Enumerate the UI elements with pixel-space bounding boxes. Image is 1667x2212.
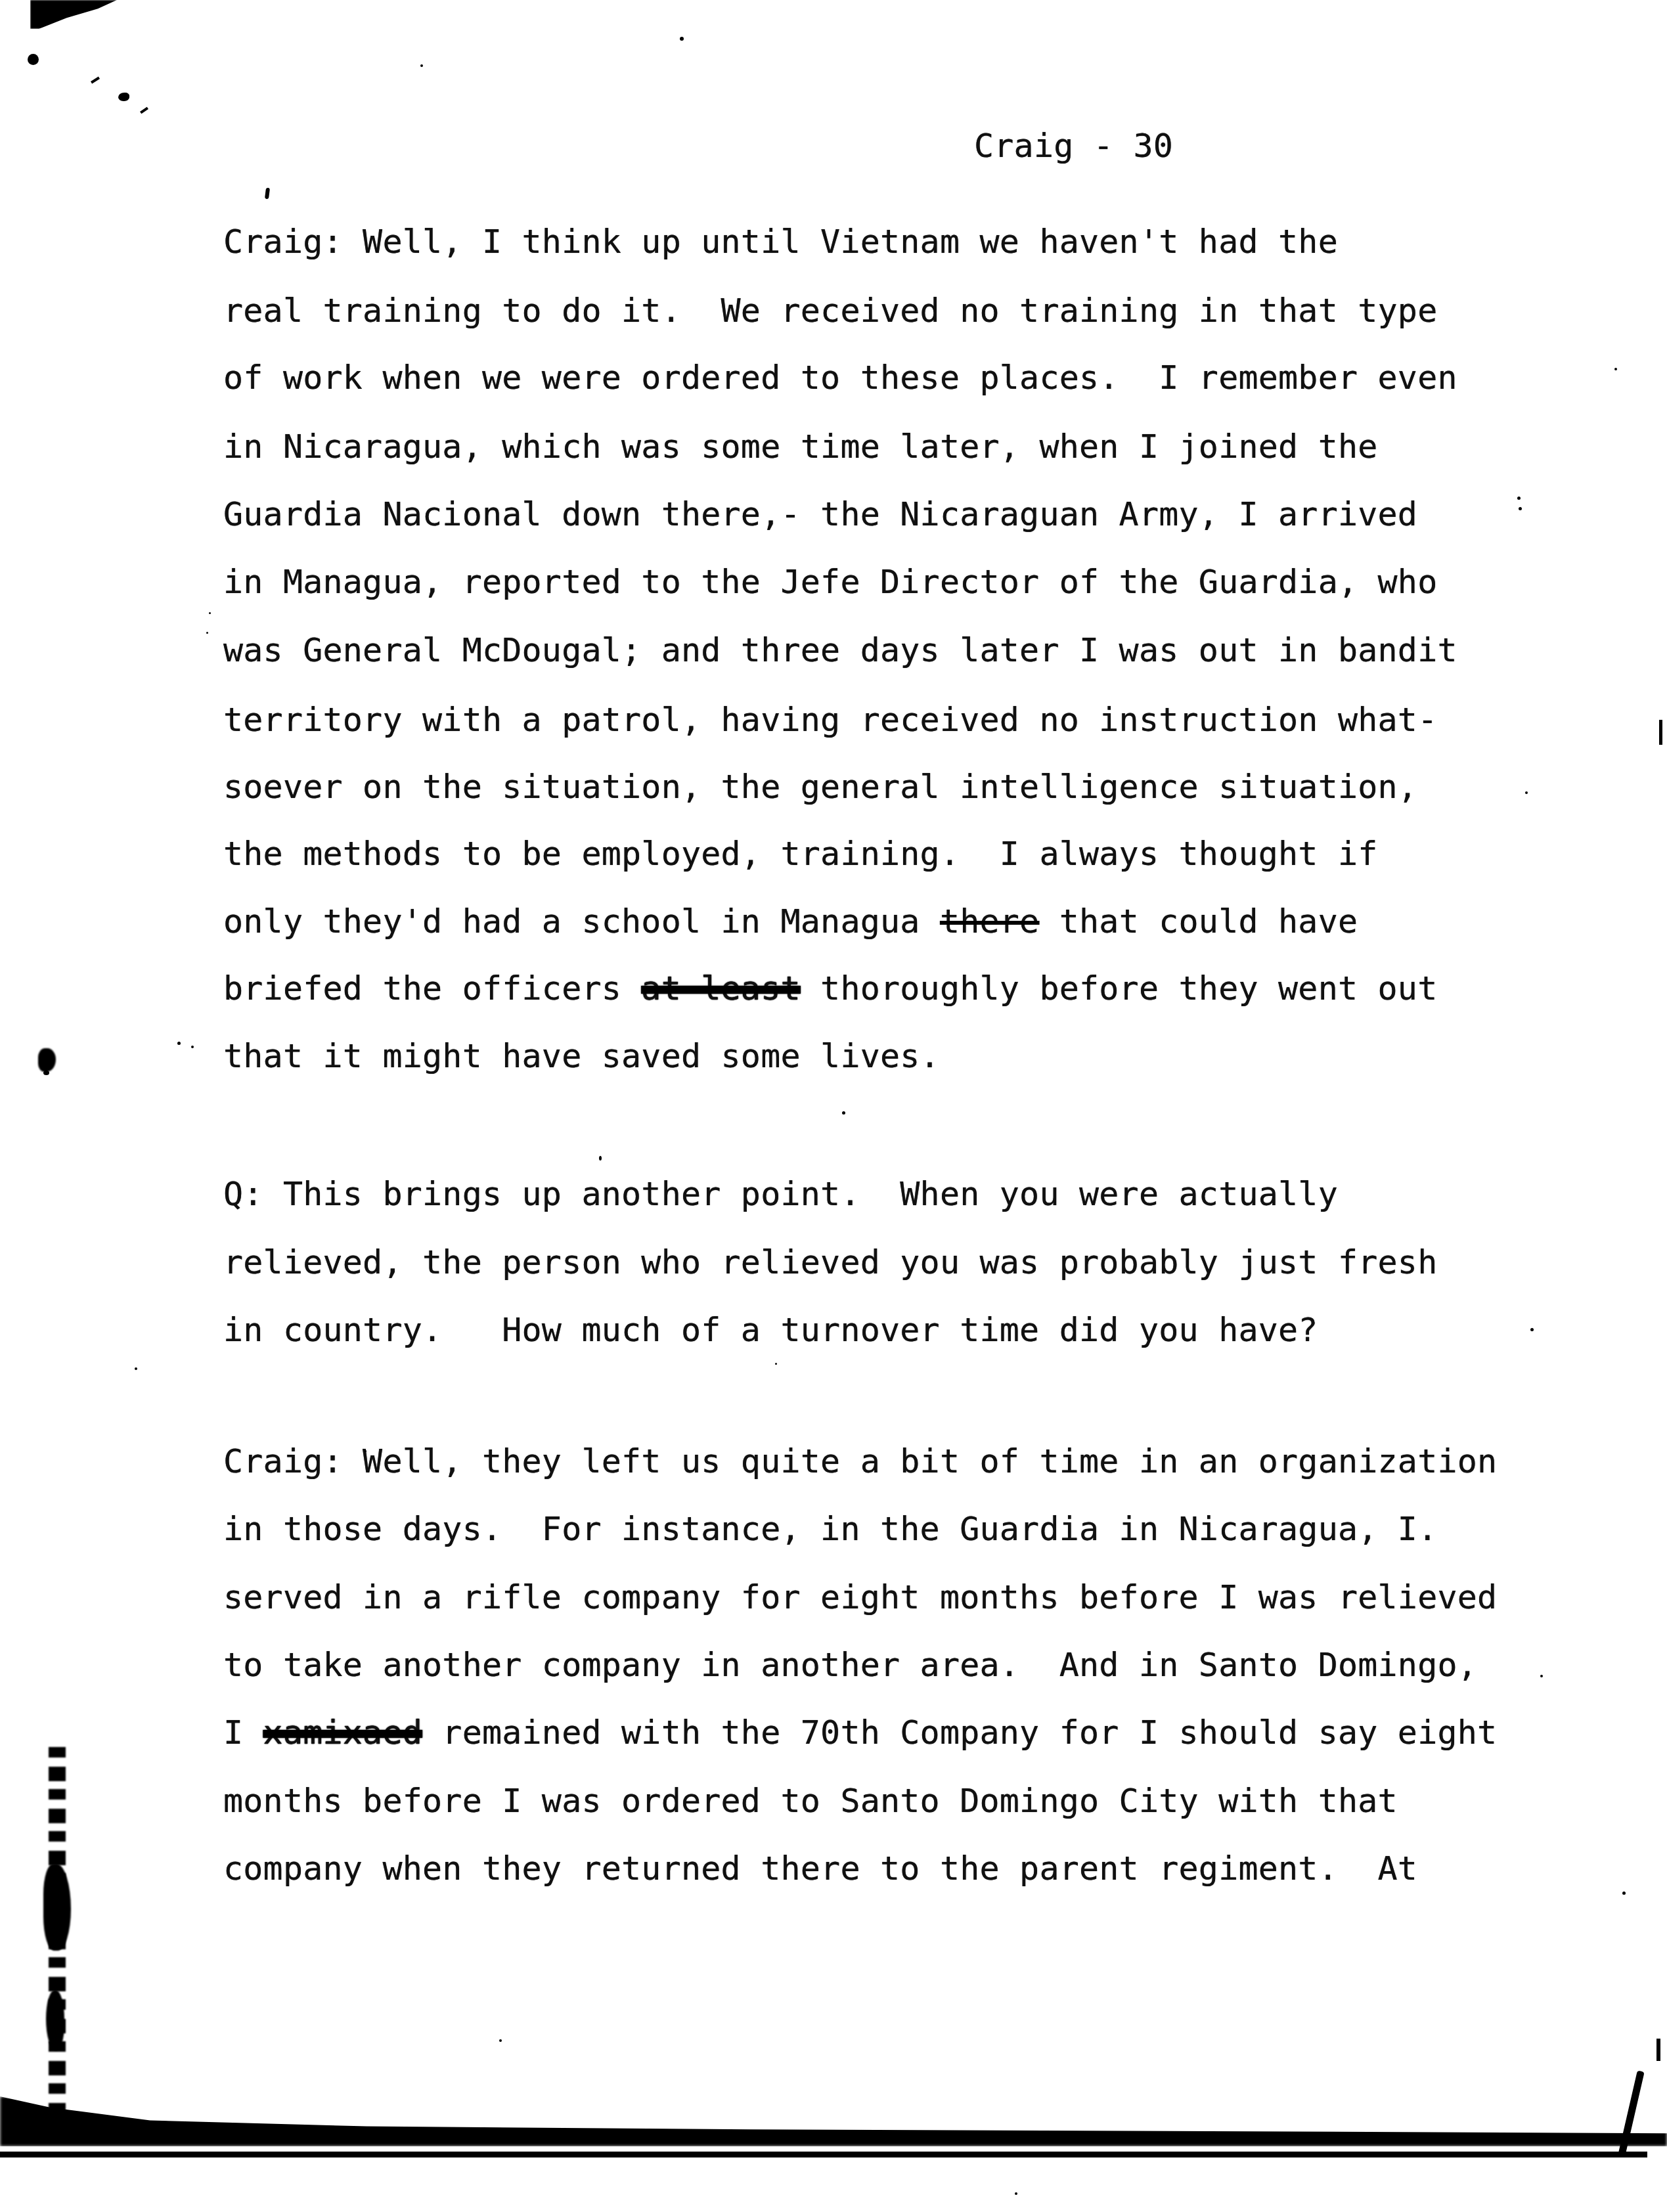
- line-text: briefed the officers: [223, 969, 641, 1007]
- transcript-line: was General McDougal; and three days lat…: [223, 634, 1457, 667]
- scanned-document-page: { "document": { "header": "Craig - 30", …: [0, 0, 1667, 2212]
- speck: [135, 1367, 137, 1370]
- speck: [1614, 368, 1617, 370]
- ink-dot-top-left: [28, 54, 39, 65]
- paper-sheet: Craig - 30 Craig: Well, I think up until…: [0, 0, 1667, 2212]
- speck: [206, 632, 208, 634]
- struck-out-word: xamixaed: [263, 1714, 422, 1752]
- ink-wedge-top-left: [30, 0, 117, 29]
- transcript-line: in Nicaragua, which was some time later,…: [223, 430, 1378, 463]
- transcript-line: in those days. For instance, in the Guar…: [223, 1513, 1437, 1545]
- struck-out-word: at least: [641, 969, 800, 1007]
- speck: [1517, 497, 1521, 500]
- speck: [1530, 1328, 1534, 1331]
- right-edge-tick: [1656, 2039, 1660, 2061]
- transcript-line-with-strikeout: briefed the officers at least thoroughly…: [223, 972, 1437, 1005]
- transcript-line: in country. How much of a turnover time …: [223, 1314, 1318, 1346]
- transcript-line: in Managua, reported to the Jefe Directo…: [223, 565, 1437, 598]
- ink-blob-left-margin: [38, 1048, 56, 1072]
- speck: [1525, 791, 1528, 794]
- ink-curl-top-left: [118, 93, 129, 101]
- ink-dash-top-left: [91, 77, 100, 84]
- transcript-line: served in a rifle company for eight mont…: [223, 1581, 1497, 1614]
- transcript-line: the methods to be employed, training. I …: [223, 837, 1378, 870]
- speck: [599, 1156, 602, 1161]
- transcript-line: Craig: Well, they left us quite a bit of…: [223, 1445, 1497, 1478]
- speck: [365, 1450, 367, 1452]
- transcript-line-with-strikeout: I xamixaed remained with the 70th Compan…: [223, 1716, 1497, 1749]
- line-text: I: [223, 1714, 263, 1752]
- transcript-line: relieved, the person who relieved you wa…: [223, 1246, 1437, 1279]
- speck: [680, 37, 684, 41]
- transcript-line: Q: This brings up another point. When yo…: [223, 1178, 1338, 1210]
- transcript-line: Guardia Nacional down there,- the Nicara…: [223, 498, 1417, 531]
- speck: [775, 1363, 777, 1365]
- speck: [191, 1046, 194, 1048]
- speck: [1622, 1891, 1626, 1895]
- speck: [842, 1111, 845, 1115]
- transcript-line-with-strikeout: only they'd had a school in Managua ther…: [223, 905, 1358, 938]
- struck-out-word: there: [940, 902, 1040, 940]
- stray-apostrophe-mark: [265, 188, 270, 200]
- transcript-line: of work when we were ordered to these pl…: [223, 361, 1457, 394]
- ink-dash-top-left: [140, 107, 148, 114]
- right-edge-tick: [1659, 720, 1662, 745]
- speck: [1540, 1675, 1543, 1677]
- speck: [177, 1042, 181, 1045]
- line-text: remained with the 70th Company for I sho…: [422, 1714, 1497, 1752]
- transcript-line: months before I was ordered to Santo Dom…: [223, 1784, 1398, 1817]
- ink-blob-tail: [43, 1071, 49, 1075]
- transcript-line: real training to do it. We received no t…: [223, 294, 1437, 327]
- transcript-line: territory with a patrol, having received…: [223, 703, 1437, 736]
- line-text: that could have: [1039, 902, 1358, 940]
- speck: [209, 612, 211, 614]
- bottom-edge-line: [0, 2152, 1647, 2157]
- ink-streak-blob: [46, 1990, 64, 2050]
- transcript-line: that it might have saved some lives.: [223, 1040, 940, 1073]
- ink-streak-blob: [43, 1864, 71, 1951]
- speck: [420, 64, 423, 67]
- speck: [499, 2039, 502, 2042]
- bottom-smudge-band: [0, 2096, 1667, 2146]
- transcript-line: Craig: Well, I think up until Vietnam we…: [223, 225, 1338, 258]
- line-text: thoroughly before they went out: [801, 969, 1438, 1007]
- transcript-line: to take another company in another area.…: [223, 1648, 1477, 1681]
- page-header-number: Craig - 30: [974, 129, 1173, 162]
- speck: [1015, 2192, 1017, 2195]
- transcript-line: soever on the situation, the general int…: [223, 770, 1417, 803]
- speck: [1519, 507, 1522, 510]
- line-text: only they'd had a school in Managua: [223, 902, 940, 940]
- transcript-line: company when they returned there to the …: [223, 1852, 1417, 1885]
